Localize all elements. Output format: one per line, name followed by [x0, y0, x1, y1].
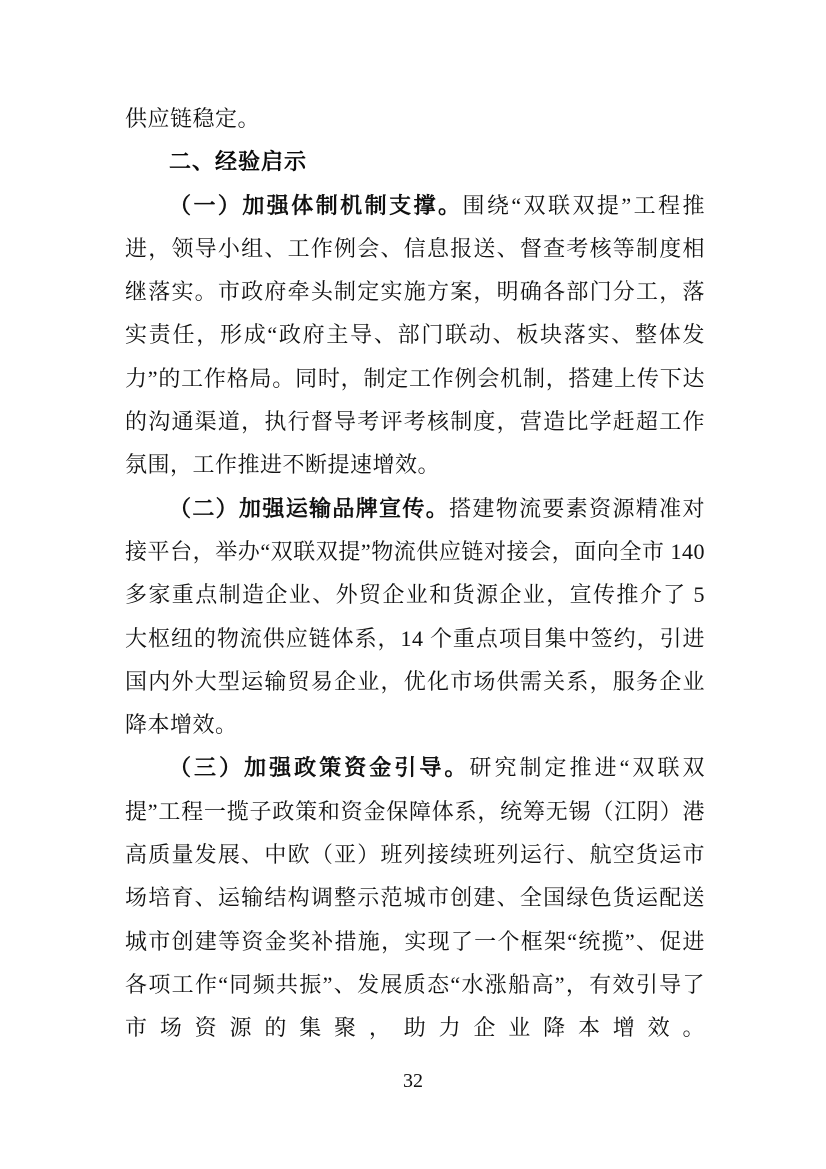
paragraph-2: （二）加强运输品牌宣传。搭建物流要素资源精准对接平台，举办“双联双提”物流供应链… — [125, 487, 705, 747]
paragraph-2-lead: （二）加强运输品牌宣传。 — [169, 496, 449, 521]
page-number: 32 — [0, 1068, 826, 1094]
paragraph-3: （三）加强政策资金引导。研究制定推进“双联双提”工程一揽子政策和资金保障体系，统… — [125, 746, 705, 1049]
document-page: 供应链稳定。 二、经验启示 （一）加强体制机制支撑。围绕“双联双提”工程推进，领… — [0, 0, 826, 1169]
paragraph-continuation: 供应链稳定。 — [125, 97, 705, 140]
section-heading: 二、经验启示 — [125, 140, 705, 183]
paragraph-1-lead: （一）加强体制机制支撑。 — [169, 193, 462, 218]
paragraph-3-lead: （三）加强政策资金引导。 — [169, 755, 469, 780]
paragraph-2-body: 搭建物流要素资源精准对接平台，举办“双联双提”物流供应链对接会，面向全市 140… — [125, 496, 705, 737]
paragraph-1-body: 围绕“双联双提”工程推进，领导小组、工作例会、信息报送、督查考核等制度相继落实。… — [125, 193, 705, 478]
paragraph-3-body: 研究制定推进“双联双提”工程一揽子政策和资金保障体系，统筹无锡（江阴）港高质量发… — [125, 755, 705, 1040]
paragraph-1: （一）加强体制机制支撑。围绕“双联双提”工程推进，领导小组、工作例会、信息报送、… — [125, 184, 705, 487]
